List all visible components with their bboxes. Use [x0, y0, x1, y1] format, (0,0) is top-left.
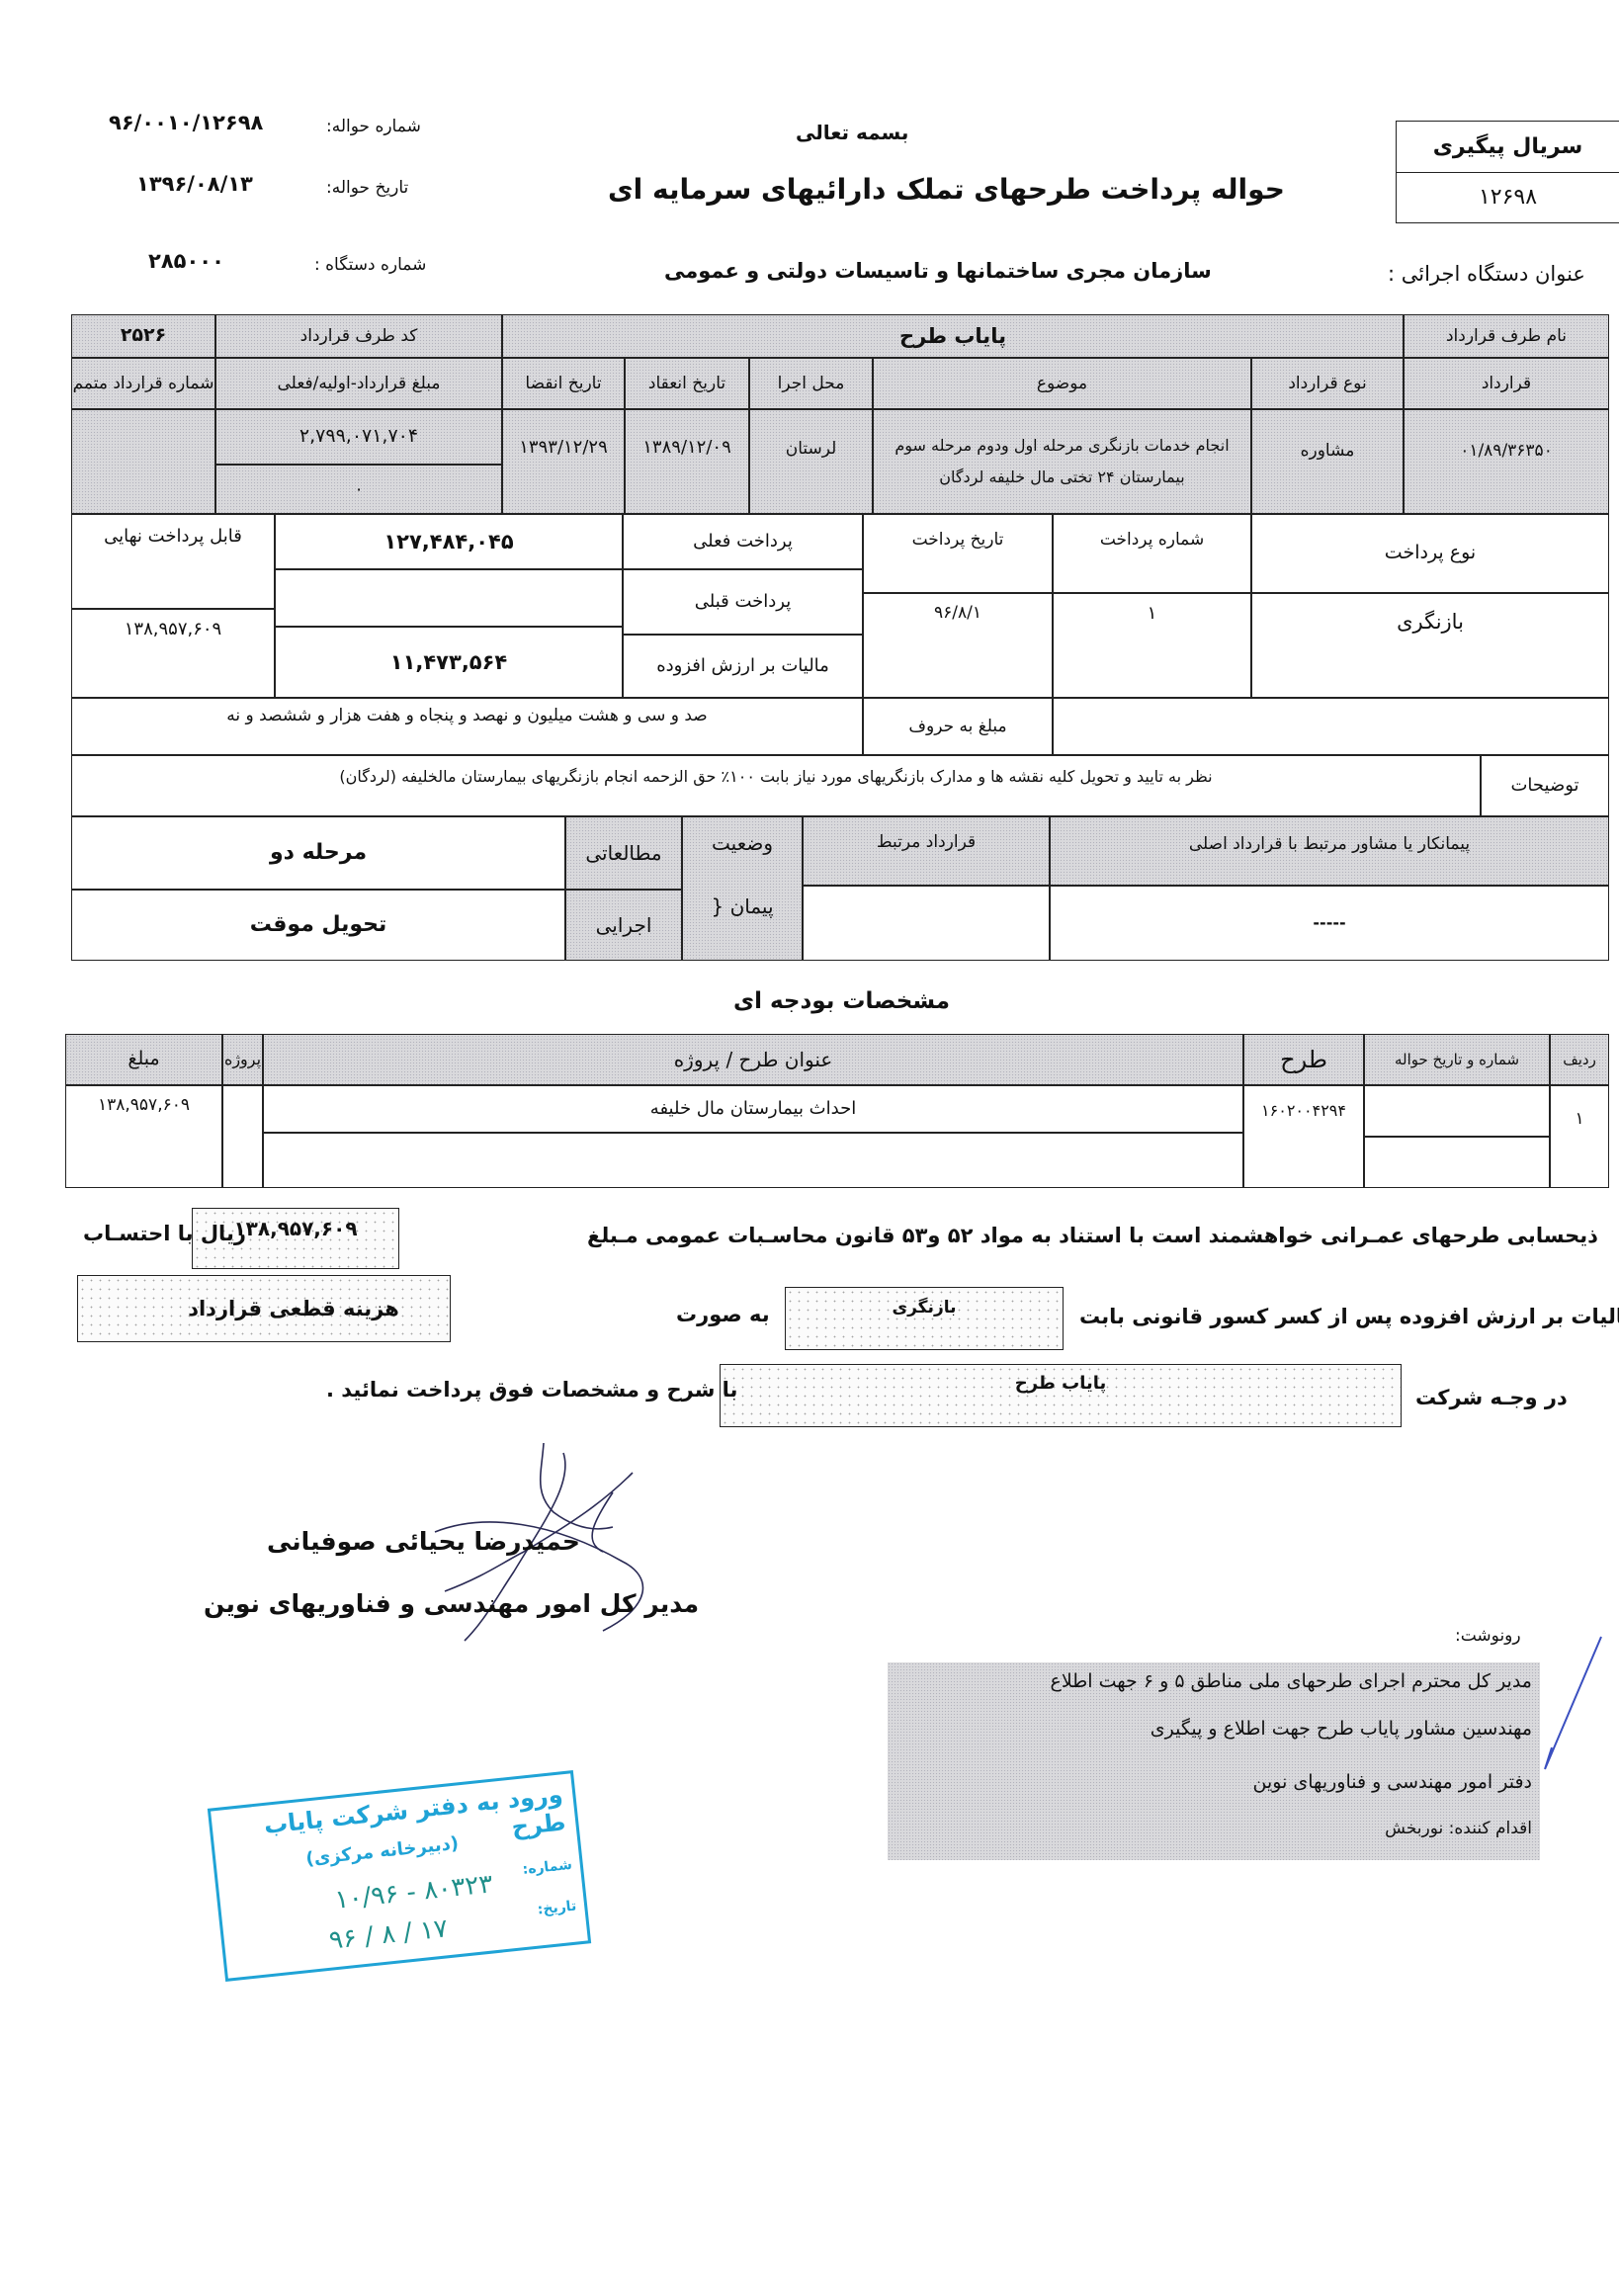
contract-party-code-label: کد طرف قرارداد — [215, 314, 502, 358]
contract-status-cell: وضعیت پیمان { — [682, 816, 803, 961]
stamp-date: ۹۶ / ۸ / ۱۷ — [328, 1913, 450, 1955]
status-contract-label: پیمان { — [683, 894, 802, 918]
contract-subject: انجام خدمات بازنگری مرحله اول ودوم مرحله… — [873, 409, 1251, 514]
stamp-number: ۱۰/۹۶ - ۸۰۳۲۳ — [333, 1869, 494, 1915]
transfer-number-label: شماره حواله: — [326, 117, 421, 136]
contract-type: مشاوره — [1251, 409, 1404, 514]
instruction-line2: مالیات بر ارزش افزوده پس از کسر کسور قان… — [1079, 1305, 1619, 1328]
payment-type: بازنگری — [1251, 593, 1609, 698]
contract-amount-current: ۰ — [215, 465, 502, 514]
page-title: حواله پرداخت طرحهای تملک دارائیهای سرمای… — [608, 173, 1285, 206]
stamp-date-label: تاریخ: — [537, 1898, 577, 1917]
payment-previous-label: پرداخت قبلی — [623, 569, 863, 635]
checkmark-icon — [1540, 1631, 1609, 1779]
budget-row-title: احداث بیمارستان مال خلیفه — [263, 1085, 1243, 1133]
transfer-date: ۱۳۹۶/۰۸/۱۳ — [136, 172, 253, 196]
payment-type-label: نوع پرداخت — [1251, 514, 1609, 593]
instruction-amount: ۱۳۸,۹۵۷,۶۰۹ — [233, 1217, 357, 1240]
payment-date-label: تاریخ پرداخت — [863, 514, 1053, 593]
status-label: وضعیت — [683, 831, 802, 855]
status-execution-label: اجرایی — [565, 890, 682, 961]
budget-col-transfer: شماره و تاریخ حواله — [1364, 1034, 1550, 1085]
instruction-form: هزینه قطعی قرارداد — [128, 1297, 399, 1320]
budget-row-transfer — [1364, 1085, 1550, 1137]
col-start-date: تاریخ انعقاد — [625, 358, 749, 409]
status-study-label: مطالعاتی — [565, 816, 682, 890]
contract-location: لرستان — [749, 409, 873, 514]
status-execution-value: تحویل موقت — [71, 890, 565, 961]
contract-party-name: پایاب طرح — [502, 314, 1404, 358]
status-study-value: مرحله دو — [71, 816, 565, 890]
instruction-line1-end: ریال با احتسـاب — [83, 1222, 246, 1245]
instruction-line2-mid: به صورت — [676, 1303, 770, 1326]
instruction-company-box: پایاب طرح — [720, 1364, 1402, 1427]
agency-number-label: شماره دستگاه : — [314, 255, 426, 275]
signatory-title: مدیر کل امور مهندسی و فناوریهای نوین — [204, 1589, 699, 1618]
related-contractor-value: ----- — [1050, 886, 1609, 961]
related-contract-label: قرارداد مرتبط — [803, 816, 1050, 886]
description-text: نظر به تایید و تحویل کلیه نقشه ها و مدار… — [71, 755, 1481, 816]
payment-date: ۹۶/۸/۱ — [863, 593, 1053, 698]
related-contract-value — [803, 886, 1050, 961]
stamp-number-label: شماره: — [522, 1857, 573, 1878]
payment-vat-label: مالیات بر ارزش افزوده — [623, 635, 863, 698]
col-end-date: تاریخ انقضا — [502, 358, 625, 409]
contract-number: ۰۱/۸۹/۳۶۳۵۰ — [1404, 409, 1609, 514]
budget-title: مشخصات بودجه ای — [733, 988, 950, 1014]
payment-current-label: پرداخت فعلی — [623, 514, 863, 569]
budget-col-amount: مبلغ — [65, 1034, 222, 1085]
payment-words-empty — [1053, 698, 1609, 755]
contract-party-code: ۲۵۲۶ — [71, 314, 215, 358]
cc-line-2: مهندسین مشاور پایاب طرح جهت اطلاع و پیگی… — [1150, 1718, 1532, 1740]
contract-amount-initial: ۲,۷۹۹,۰۷۱,۷۰۴ — [215, 409, 502, 465]
organization-label: عنوان دستگاه اجرائی : — [1388, 262, 1585, 286]
tracking-serial-box: سریال پیگیری ۱۲۶۹۸ — [1396, 121, 1619, 223]
payment-words: صد و سی و هشت میلیون و نهصد و پنجاه و هف… — [71, 698, 863, 755]
payment-current: ۱۲۷,۴۸۴,۰۴۵ — [275, 514, 623, 569]
payment-previous — [275, 569, 623, 627]
budget-row-amount: ۱۳۸,۹۵۷,۶۰۹ — [65, 1085, 222, 1188]
transfer-date-label: تاریخ حواله: — [326, 178, 408, 198]
bismillah: بسمه تعالی — [796, 121, 908, 144]
cc-line-4: اقدام کننده: نوربخش — [1385, 1819, 1532, 1838]
related-contractor-label: پیمانکار یا مشاور مرتبط با قرارداد اصلی — [1050, 816, 1609, 886]
budget-row-project — [222, 1085, 263, 1188]
payment-final-label: قابل پرداخت نهایی — [71, 514, 275, 609]
budget-row-transfer-2 — [1364, 1137, 1550, 1188]
contract-start-date: ۱۳۸۹/۱۲/۰۹ — [625, 409, 749, 514]
col-location: محل اجرا — [749, 358, 873, 409]
instruction-line1: ذیحسابی طرحهای عمـرانی خواهشمند است با ا… — [587, 1224, 1598, 1247]
budget-row-title-2 — [263, 1133, 1243, 1188]
col-subject: موضوع — [873, 358, 1251, 409]
cc-line-1: مدیر کل محترم اجرای طرحهای ملی مناطق ۵ و… — [1051, 1670, 1533, 1692]
instruction-line3-end: با شرح و مشخصات فوق پرداخت نمائید . — [326, 1378, 737, 1402]
instruction-company: پایاب طرح — [1015, 1373, 1107, 1394]
col-contract: قرارداد — [1404, 358, 1609, 409]
instruction-reason: بازنگری — [893, 1298, 957, 1318]
col-supplement-number: شماره قرارداد متمم — [71, 358, 215, 409]
organization-name: سازمان مجری ساختمانها و تاسیسات دولتی و … — [664, 259, 1212, 283]
cc-line-3: دفتر امور مهندسی و فناوریهای نوین — [1253, 1771, 1533, 1793]
cc-label: رونوشت: — [1455, 1626, 1521, 1646]
payment-vat: ۱۱,۴۷۳,۵۶۴ — [275, 627, 623, 698]
receipt-stamp: ورود به دفتر شرکت پایاب طرح (دبیرخانه مر… — [208, 1770, 591, 1982]
transfer-number: ۹۶/۰۰۱۰/۱۲۶۹۸ — [109, 111, 263, 134]
tracking-serial-value: ۱۲۶۹۸ — [1397, 173, 1619, 222]
budget-row-number: ۱ — [1550, 1085, 1609, 1188]
contract-end-date: ۱۳۹۳/۱۲/۲۹ — [502, 409, 625, 514]
payment-number: ۱ — [1053, 593, 1251, 698]
budget-col-plan: طرح — [1243, 1034, 1364, 1085]
budget-col-title: عنوان طرح / پروژه — [263, 1034, 1243, 1085]
instruction-line3: در وجـه شرکت — [1415, 1386, 1568, 1409]
contract-party-name-label: نام طرف قرارداد — [1404, 314, 1609, 358]
instruction-form-box: هزینه قطعی قرارداد — [77, 1275, 451, 1342]
col-contract-type: نوع قرارداد — [1251, 358, 1404, 409]
contract-supplement-number — [71, 409, 215, 514]
description-label: توضیحات — [1481, 755, 1609, 816]
tracking-serial-label: سریال پیگیری — [1397, 122, 1619, 173]
payment-number-label: شماره پرداخت — [1053, 514, 1251, 593]
payment-words-label: مبلغ به حروف — [863, 698, 1053, 755]
budget-row-plan: ۱۶۰۲۰۰۴۲۹۴ — [1243, 1085, 1364, 1188]
budget-col-project: پروژه — [222, 1034, 263, 1085]
instruction-reason-box: بازنگری — [785, 1287, 1064, 1350]
agency-number: ۲۸۵۰۰۰ — [148, 249, 224, 273]
signatory-name: حمیدرضا یحیائی صوفیانی — [267, 1527, 580, 1556]
col-amount: مبلغ قرارداد-اولیه/فعلی — [215, 358, 502, 409]
budget-col-row: ردیف — [1550, 1034, 1609, 1085]
payment-final: ۱۳۸,۹۵۷,۶۰۹ — [71, 609, 275, 698]
